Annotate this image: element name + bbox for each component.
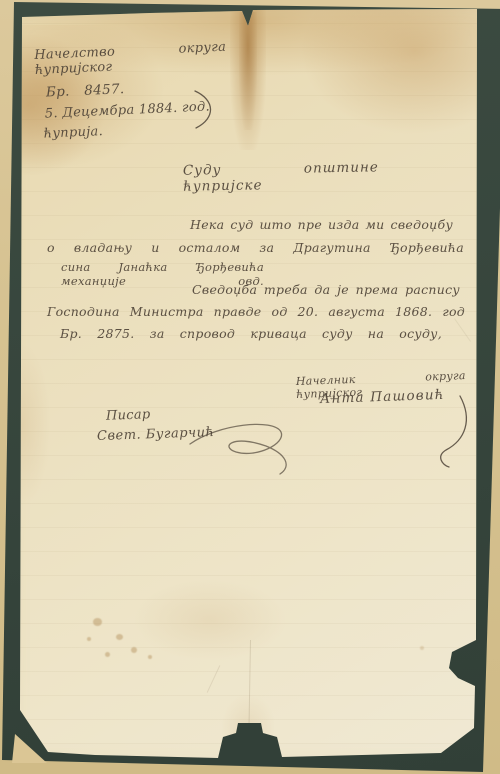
body-p1-line1: Нека суд што пре изда ми сведоџбу <box>190 217 453 232</box>
body-p2-line3: Бр. 2875. за спровод криваца суду на осу… <box>60 326 442 341</box>
body-p2-line1: Сведоџба треба да је према распису <box>192 282 460 297</box>
clerk-flourish-stroke <box>188 418 300 476</box>
signature-clerk-role: Писар <box>106 407 151 424</box>
foxing-spot <box>148 655 152 659</box>
foxing-spot <box>116 634 123 640</box>
foxing-spot <box>105 652 110 657</box>
stain-top-right-blob <box>300 0 500 135</box>
document-paper: Начелство округа ћупријског Бр. 8457. 5.… <box>0 0 500 774</box>
foxing-spot <box>87 637 91 641</box>
address-line: Суду општине ћупријске <box>183 159 380 194</box>
stain-bottom-left-soft <box>135 580 285 660</box>
scratch-mark <box>454 318 471 342</box>
signature-flourish-stroke <box>428 392 472 470</box>
scanned-document: Начелство округа ћупријског Бр. 8457. 5.… <box>0 0 500 774</box>
foxing-spot <box>93 618 102 626</box>
body-p2-line2: Господина Министра правде од 20. августа… <box>47 304 465 319</box>
signature-official-name: Анта Пашовић <box>320 387 445 407</box>
letterhead-office-line: Начелство округа ћупријског <box>34 40 227 78</box>
scratch-mark <box>207 665 221 693</box>
body-p1-line2: о владању и осталом за Драгутина Ђорђеви… <box>47 240 464 255</box>
foxing-spot <box>420 646 424 650</box>
flourish-bracket <box>192 88 218 130</box>
foxing-spot <box>131 647 137 653</box>
